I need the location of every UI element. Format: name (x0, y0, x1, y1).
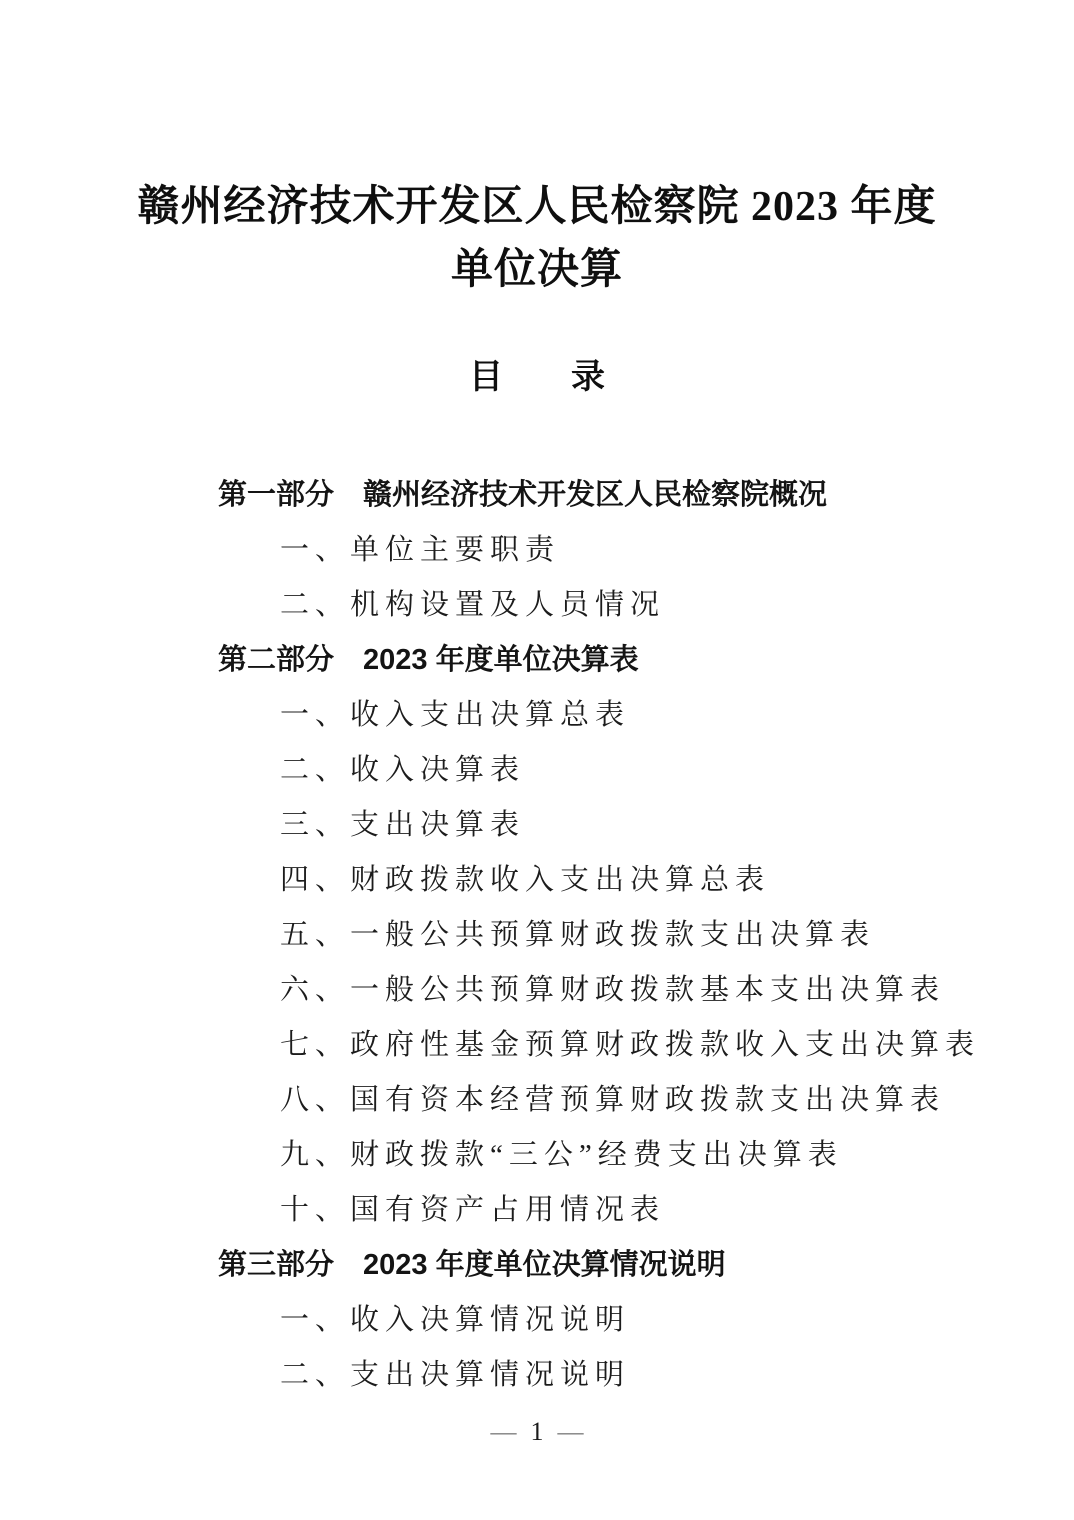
toc-item-1-1: 一、单位主要职责 (218, 523, 954, 578)
toc-item-2-10: 十、国有资产占用情况表 (218, 1183, 954, 1238)
page-footer: —1— (0, 1415, 1074, 1449)
toc-item-2-8: 八、国有资本经营预算财政拨款支出决算表 (218, 1073, 954, 1128)
toc-item-2-4: 四、财政拨款收入支出决算总表 (218, 853, 954, 908)
toc-item-3-1: 一、收入决算情况说明 (218, 1293, 954, 1348)
toc-item-2-6: 六、一般公共预算财政拨款基本支出决算表 (218, 963, 954, 1018)
toc-list: 第一部分 赣州经济技术开发区人民检察院概况一、单位主要职责二、机构设置及人员情况… (0, 468, 1074, 1403)
toc-item-2-2: 二、收入决算表 (218, 743, 954, 798)
toc-item-2-7: 七、政府性基金预算财政拨款收入支出决算表 (218, 1018, 954, 1073)
toc-section-heading-2: 第二部分 2023 年度单位决算表 (218, 633, 954, 688)
toc-item-2-3: 三、支出决算表 (218, 798, 954, 853)
footer-right-dash: — (544, 1417, 598, 1446)
document-title: 赣州经济技术开发区人民检察院 2023 年度 单位决算 (0, 0, 1074, 302)
toc-item-2-9: 九、财政拨款“三公”经费支出决算表 (218, 1128, 954, 1183)
document-title-line1: 赣州经济技术开发区人民检察院 2023 年度 (0, 176, 1074, 239)
footer-page-number: 1 (531, 1417, 544, 1446)
document-page: 赣州经济技术开发区人民检察院 2023 年度 单位决算 目 录 第一部分 赣州经… (0, 0, 1074, 1520)
toc-item-2-5: 五、一般公共预算财政拨款支出决算表 (218, 908, 954, 963)
document-title-line2: 单位决算 (0, 239, 1074, 302)
toc-item-3-2: 二、支出决算情况说明 (218, 1348, 954, 1403)
footer-left-dash: — (477, 1417, 531, 1446)
toc-section-heading-1: 第一部分 赣州经济技术开发区人民检察院概况 (218, 468, 954, 523)
toc-section-heading-3: 第三部分 2023 年度单位决算情况说明 (218, 1238, 954, 1293)
toc-item-1-2: 二、机构设置及人员情况 (218, 578, 954, 633)
toc-item-2-1: 一、收入支出决算总表 (218, 688, 954, 743)
toc-heading: 目 录 (0, 358, 1074, 398)
